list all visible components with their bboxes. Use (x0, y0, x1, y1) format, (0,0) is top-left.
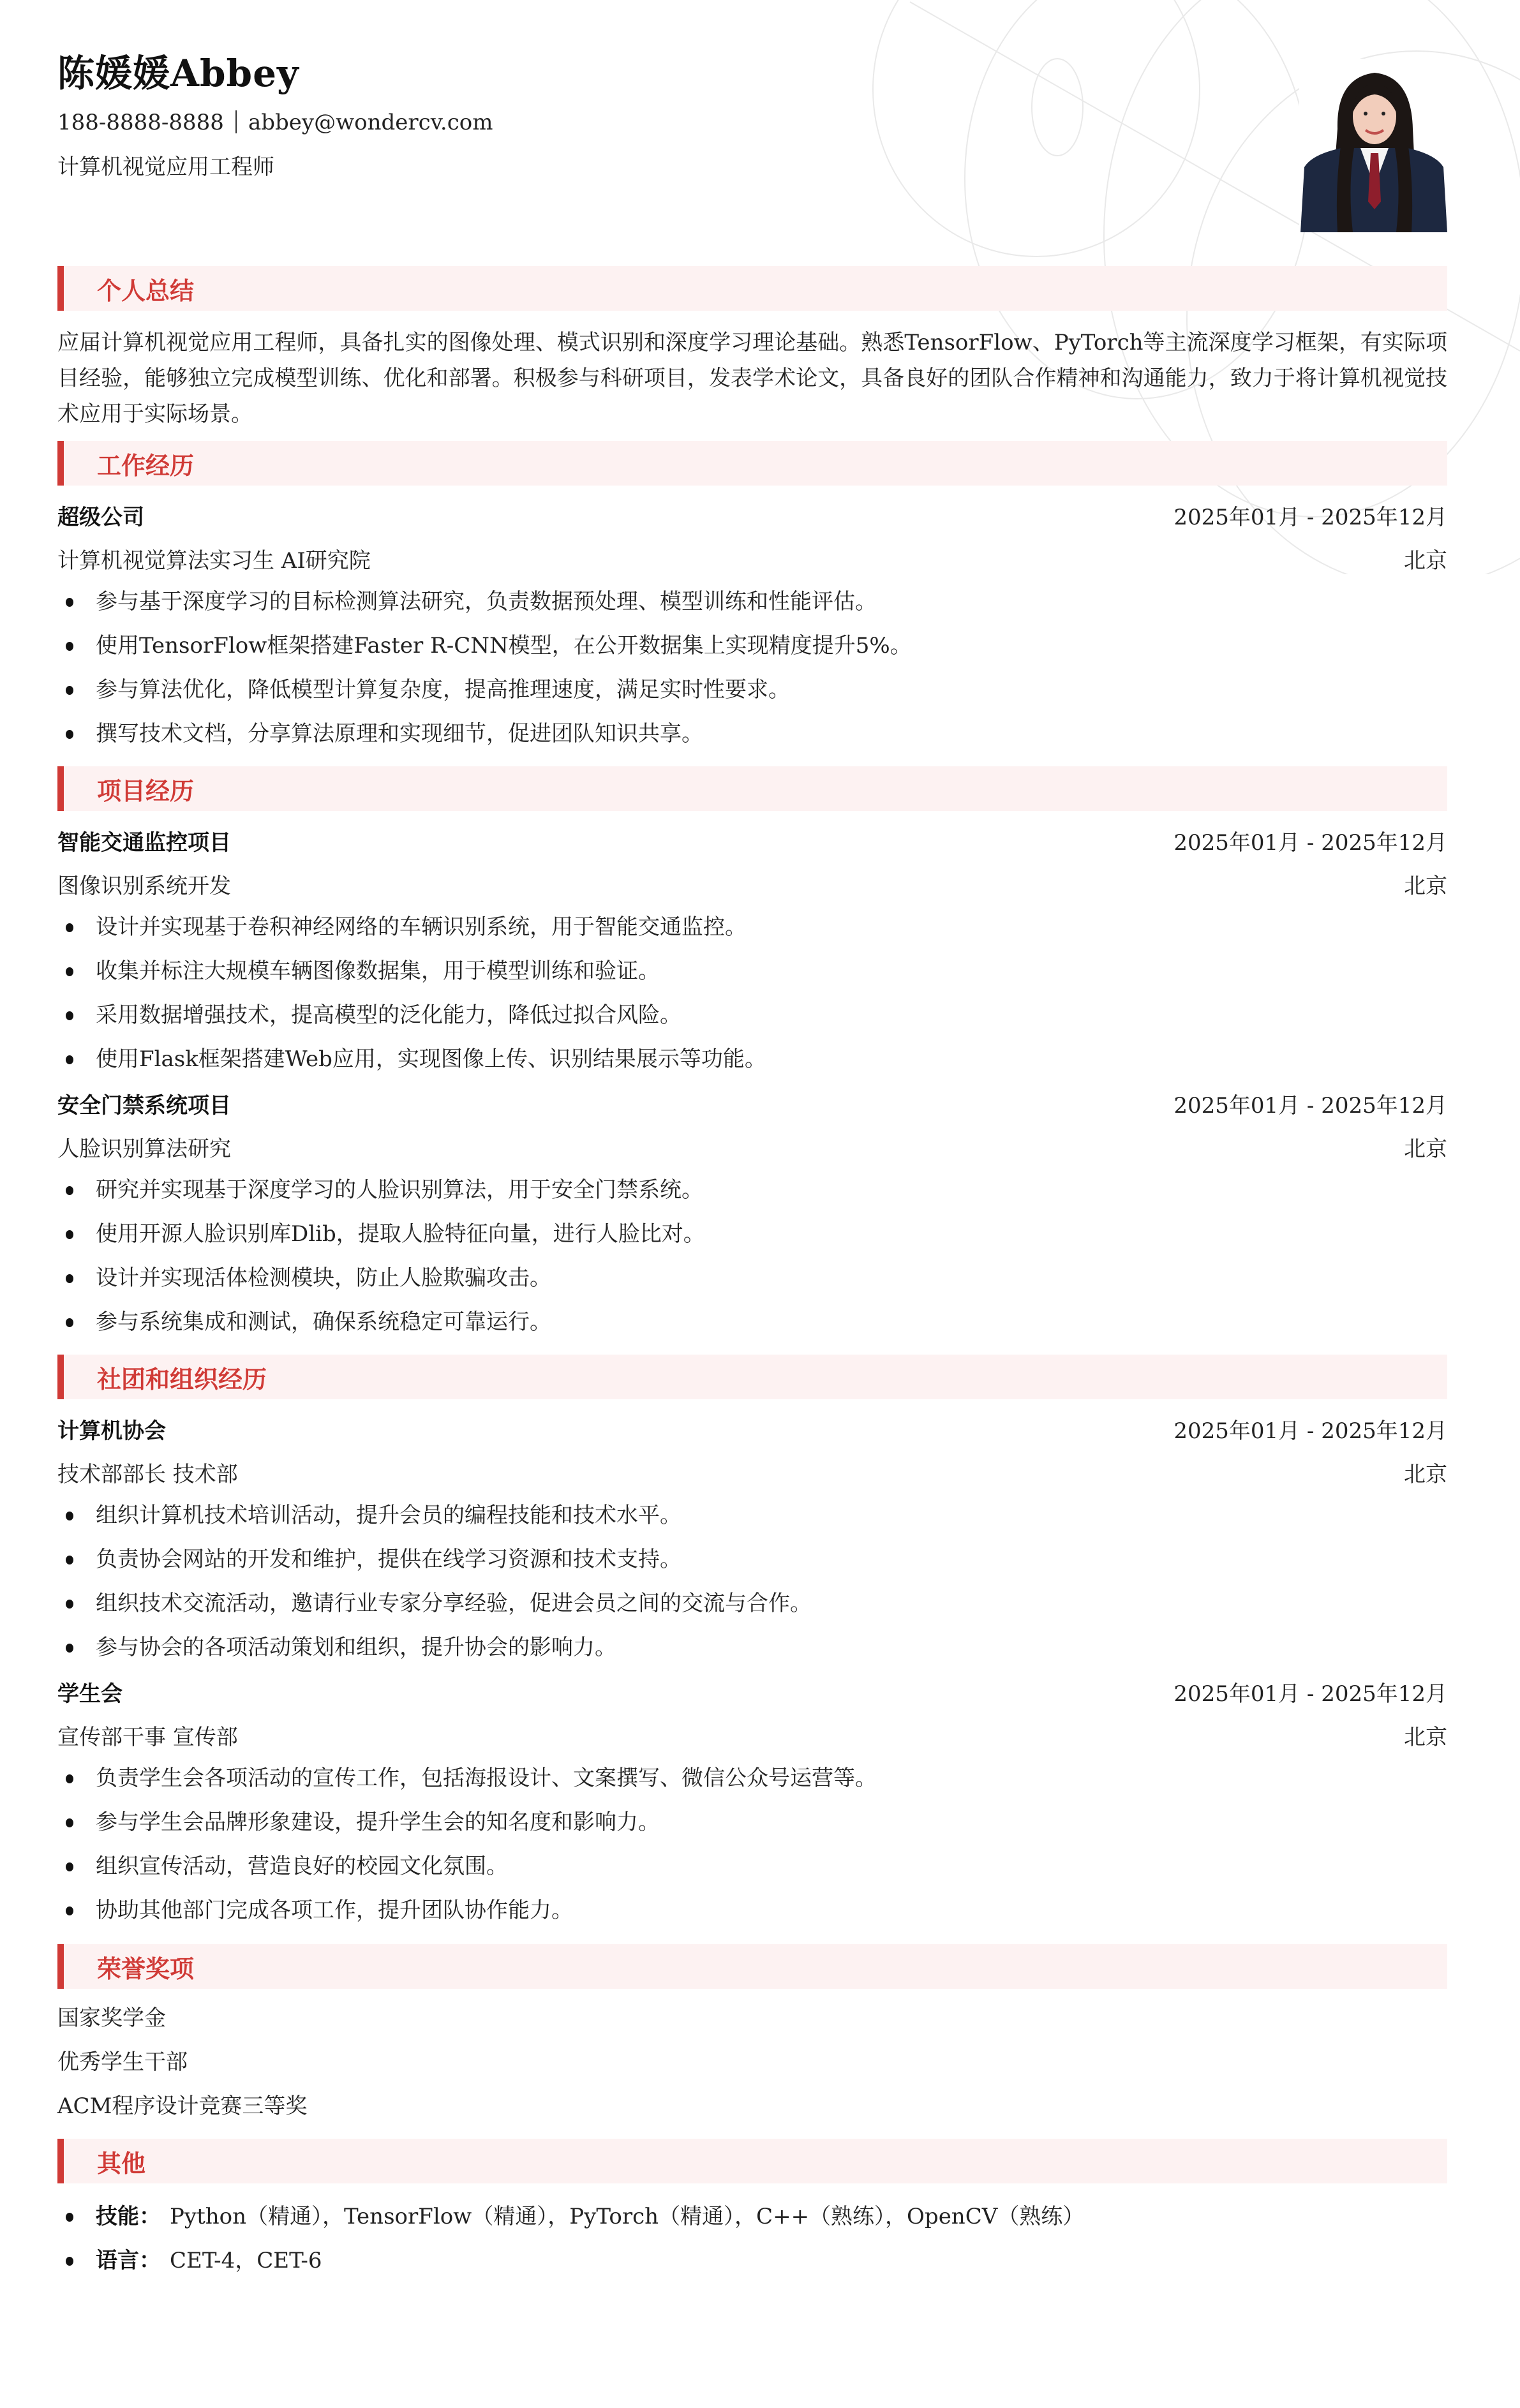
award-item: ACM程序设计竞赛三等奖 (57, 2085, 1447, 2129)
list-item: 使用开源人脸识别库Dlib，提取人脸特征向量，进行人脸比对。 (57, 1212, 1447, 1256)
list-item: 参与基于深度学习的目标检测算法研究，负责数据预处理、模型训练和性能评估。 (57, 580, 1447, 624)
location: 北京 (1404, 1457, 1447, 1488)
summary-section: 个人总结 应届计算机视觉应用工程师，具备扎实的图像处理、模式识别和深度学习理论基… (57, 266, 1447, 432)
entry-subheader: 技术部部长 技术部 北京 (57, 1450, 1447, 1494)
club-entry: 计算机协会 2025年01月 - 2025年12月 技术部部长 技术部 北京 组… (57, 1407, 1447, 1670)
candidate-name: 陈媛媛Abbey (57, 43, 299, 97)
location: 北京 (1404, 543, 1447, 574)
list-item: 设计并实现基于卷积神经网络的车辆识别系统，用于智能交通监控。 (57, 905, 1447, 949)
resume-header: 陈媛媛Abbey 188-8888-8888abbey@wondercv.com… (57, 0, 1447, 255)
award-item: 优秀学生干部 (57, 2040, 1447, 2085)
entry-header: 超级公司 2025年01月 - 2025年12月 (57, 493, 1447, 537)
person-photo-icon (1299, 59, 1447, 232)
project-name: 安全门禁系统项目 (57, 1088, 231, 1119)
project-entry: 安全门禁系统项目 2025年01月 - 2025年12月 人脸识别算法研究 北京… (57, 1081, 1447, 1344)
entry-subheader: 宣传部干事 宣传部 北京 (57, 1713, 1447, 1757)
date-range: 2025年01月 - 2025年12月 (1174, 825, 1447, 856)
other-section: 其他 技能：Python（精通），TensorFlow（精通），PyTorch（… (57, 2139, 1447, 2283)
section-header-other: 其他 (57, 2139, 1447, 2183)
list-item: 协助其他部门完成各项工作，提升团队协作能力。 (57, 1889, 1447, 1933)
section-title: 个人总结 (97, 271, 194, 306)
award-item: 国家奖学金 (57, 1996, 1447, 2040)
clubs-section: 社团和组织经历 计算机协会 2025年01月 - 2025年12月 技术部部长 … (57, 1355, 1447, 1933)
entry-subheader: 计算机视觉算法实习生 AI研究院 北京 (57, 537, 1447, 580)
bullet-list: 设计并实现基于卷积神经网络的车辆识别系统，用于智能交通监控。 收集并标注大规模车… (57, 905, 1447, 1081)
list-item: 收集并标注大规模车辆图像数据集，用于模型训练和验证。 (57, 949, 1447, 993)
section-title: 其他 (97, 2144, 145, 2179)
list-item: 参与算法优化，降低模型计算复杂度，提高推理速度，满足实时性要求。 (57, 668, 1447, 712)
phone-number: 188-8888-8888 (57, 110, 224, 135)
list-item: 研究并实现基于深度学习的人脸识别算法，用于安全门禁系统。 (57, 1168, 1447, 1212)
skills-value: Python（精通），TensorFlow（精通），PyTorch（精通），C+… (170, 2204, 1084, 2229)
date-range: 2025年01月 - 2025年12月 (1174, 1088, 1447, 1119)
skills-item: 技能：Python（精通），TensorFlow（精通），PyTorch（精通）… (57, 2195, 1447, 2239)
list-item: 撰写技术文档，分享算法原理和实现细节，促进团队知识共享。 (57, 712, 1447, 756)
section-title: 社团和组织经历 (97, 1360, 267, 1395)
resume-page: 陈媛媛Abbey 188-8888-8888abbey@wondercv.com… (57, 0, 1447, 2283)
entry-header: 智能交通监控项目 2025年01月 - 2025年12月 (57, 819, 1447, 862)
section-header-projects: 项目经历 (57, 766, 1447, 811)
work-section: 工作经历 超级公司 2025年01月 - 2025年12月 计算机视觉算法实习生… (57, 441, 1447, 756)
skills-label: 技能： (96, 2204, 161, 2229)
company-name: 超级公司 (57, 500, 144, 531)
organization-name: 学生会 (57, 1676, 123, 1707)
languages-value: CET-4，CET-6 (170, 2248, 322, 2273)
date-range: 2025年01月 - 2025年12月 (1174, 1676, 1447, 1707)
projects-section: 项目经历 智能交通监控项目 2025年01月 - 2025年12月 图像识别系统… (57, 766, 1447, 1344)
list-item: 负责协会网站的开发和维护，提供在线学习资源和技术支持。 (57, 1538, 1447, 1582)
entry-subheader: 图像识别系统开发 北京 (57, 862, 1447, 905)
bullet-list: 负责学生会各项活动的宣传工作，包括海报设计、文案撰写、微信公众号运营等。 参与学… (57, 1757, 1447, 1933)
date-range: 2025年01月 - 2025年12月 (1174, 1413, 1447, 1445)
section-header-awards: 荣誉奖项 (57, 1944, 1447, 1989)
list-item: 负责学生会各项活动的宣传工作，包括海报设计、文案撰写、微信公众号运营等。 (57, 1757, 1447, 1801)
date-range: 2025年01月 - 2025年12月 (1174, 500, 1447, 531)
list-item: 参与协会的各项活动策划和组织，提升协会的影响力。 (57, 1626, 1447, 1670)
section-header-summary: 个人总结 (57, 266, 1447, 311)
list-item: 组织技术交流活动，邀请行业专家分享经验，促进会员之间的交流与合作。 (57, 1582, 1447, 1626)
list-item: 使用Flask框架搭建Web应用，实现图像上传、识别结果展示等功能。 (57, 1037, 1447, 1081)
bullet-list: 组织计算机技术培训活动，提升会员的编程技能和技术水平。 负责协会网站的开发和维护… (57, 1494, 1447, 1670)
bullet-list: 参与基于深度学习的目标检测算法研究，负责数据预处理、模型训练和性能评估。 使用T… (57, 580, 1447, 756)
languages-label: 语言： (96, 2248, 161, 2273)
list-item: 参与学生会品牌形象建设，提升学生会的知名度和影响力。 (57, 1801, 1447, 1845)
entry-header: 计算机协会 2025年01月 - 2025年12月 (57, 1407, 1447, 1450)
bullet-list: 研究并实现基于深度学习的人脸识别算法，用于安全门禁系统。 使用开源人脸识别库Dl… (57, 1168, 1447, 1344)
email-address: abbey@wondercv.com (248, 110, 493, 135)
work-entry: 超级公司 2025年01月 - 2025年12月 计算机视觉算法实习生 AI研究… (57, 493, 1447, 756)
role: 人脸识别算法研究 (57, 1131, 231, 1163)
list-item: 使用TensorFlow框架搭建Faster R-CNN模型，在公开数据集上实现… (57, 624, 1447, 668)
organization-name: 计算机协会 (57, 1413, 166, 1445)
entry-header: 安全门禁系统项目 2025年01月 - 2025年12月 (57, 1081, 1447, 1125)
awards-section: 荣誉奖项 国家奖学金 优秀学生干部 ACM程序设计竞赛三等奖 (57, 1944, 1447, 2129)
entry-header: 学生会 2025年01月 - 2025年12月 (57, 1670, 1447, 1713)
section-header-work: 工作经历 (57, 441, 1447, 486)
languages-item: 语言：CET-4，CET-6 (57, 2239, 1447, 2283)
location: 北京 (1404, 1720, 1447, 1751)
section-title: 荣誉奖项 (97, 1949, 194, 1984)
list-item: 组织宣传活动，营造良好的校园文化氛围。 (57, 1845, 1447, 1889)
section-title: 项目经历 (97, 771, 194, 806)
list-item: 参与系统集成和测试，确保系统稳定可靠运行。 (57, 1300, 1447, 1344)
section-title: 工作经历 (97, 446, 194, 481)
section-header-clubs: 社团和组织经历 (57, 1355, 1447, 1399)
profile-photo (1299, 59, 1447, 232)
list-item: 采用数据增强技术，提高模型的泛化能力，降低过拟合风险。 (57, 993, 1447, 1037)
club-entry: 学生会 2025年01月 - 2025年12月 宣传部干事 宣传部 北京 负责学… (57, 1670, 1447, 1933)
job-title: 计算机视觉应用工程师 (57, 149, 274, 181)
list-item: 设计并实现活体检测模块，防止人脸欺骗攻击。 (57, 1256, 1447, 1300)
contact-divider (235, 110, 237, 133)
project-name: 智能交通监控项目 (57, 825, 231, 856)
entry-subheader: 人脸识别算法研究 北京 (57, 1125, 1447, 1168)
contact-info: 188-8888-8888abbey@wondercv.com (57, 110, 493, 135)
location: 北京 (1404, 1131, 1447, 1163)
role: 技术部部长 技术部 (57, 1457, 238, 1488)
role: 宣传部干事 宣传部 (57, 1720, 238, 1751)
location: 北京 (1404, 868, 1447, 900)
bullet-list: 技能：Python（精通），TensorFlow（精通），PyTorch（精通）… (57, 2195, 1447, 2283)
project-entry: 智能交通监控项目 2025年01月 - 2025年12月 图像识别系统开发 北京… (57, 819, 1447, 1081)
summary-text: 应届计算机视觉应用工程师，具备扎实的图像处理、模式识别和深度学习理论基础。熟悉T… (57, 325, 1447, 432)
role: 计算机视觉算法实习生 AI研究院 (57, 543, 371, 574)
role: 图像识别系统开发 (57, 868, 231, 900)
list-item: 组织计算机技术培训活动，提升会员的编程技能和技术水平。 (57, 1494, 1447, 1538)
